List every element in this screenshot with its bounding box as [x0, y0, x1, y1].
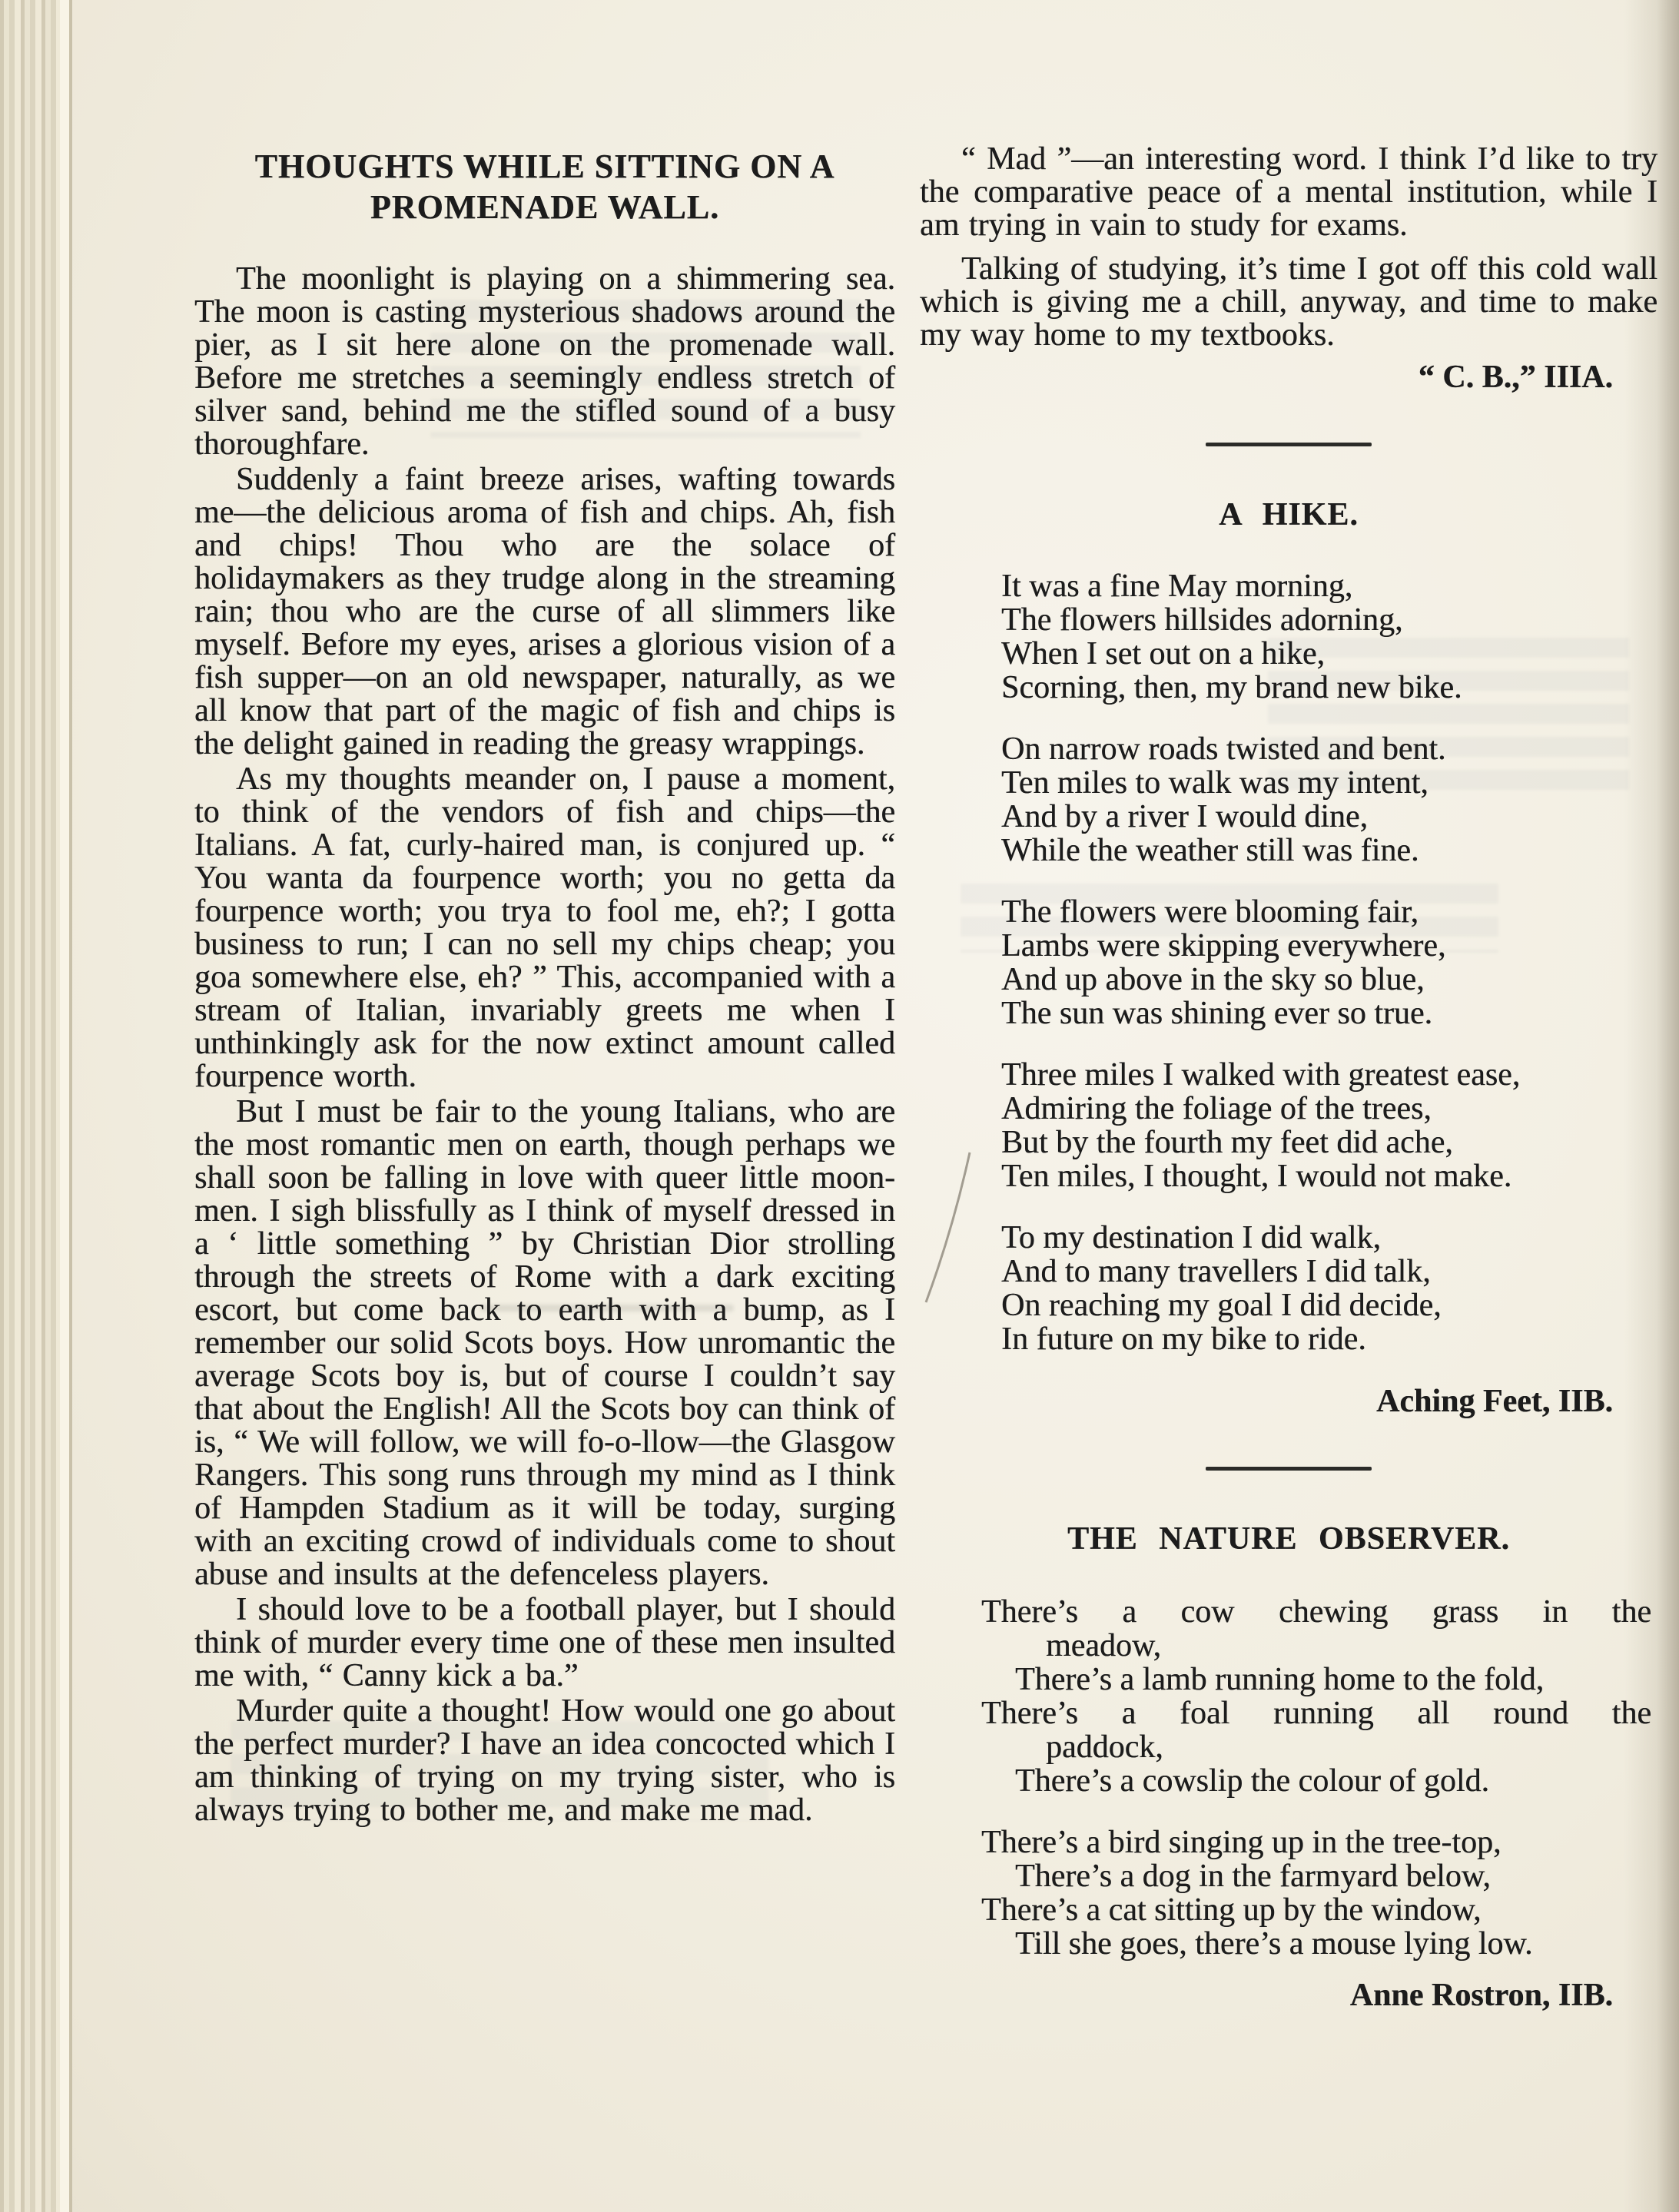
poem-line: There’s a cow chewing grass in the [920, 1595, 1657, 1629]
poem-line: On narrow roads twisted and bent. [1001, 732, 1657, 766]
byline: Anne Rostron, IIB. [920, 1978, 1657, 2013]
paragraph: Murder quite a thought! How would one go… [194, 1695, 895, 1827]
poem-a-hike: It was a fine May morning, The flowers h… [920, 569, 1657, 1356]
section-divider [1206, 1467, 1372, 1471]
article-title-line1: THOUGHTS WHILE SITTING ON A [255, 148, 835, 185]
paragraph: The moonlight is playing on a shimmering… [194, 263, 895, 461]
book-spine-page-edges [0, 0, 60, 2212]
poem-line: Lambs were skipping everywhere, [1001, 929, 1657, 963]
poem-line: And up above in the sky so blue, [1001, 963, 1657, 997]
byline: “ C. B.,” IIIA. [920, 360, 1657, 395]
stanza-gap [920, 1798, 1657, 1826]
poem-line: To my destination I did walk, [1001, 1221, 1657, 1255]
page-edge-highlight [60, 0, 69, 2212]
poem-line: Till she goes, there’s a mouse lying low… [920, 1927, 1657, 1961]
poem-line: Scorning, then, my brand new bike. [1001, 671, 1657, 705]
poem-line: On reaching my goal I did decide, [1001, 1288, 1657, 1322]
paragraph: As my thoughts meander on, I pause a mom… [194, 763, 895, 1093]
poem-line: When I set out on a hike, [1001, 637, 1657, 671]
poem-stanza: The flowers were blooming fair, Lambs we… [1001, 895, 1657, 1030]
page-edge-shadow-line [69, 0, 72, 2212]
poem-stanza: Three miles I walked with greatest ease,… [1001, 1058, 1657, 1193]
poem-line: But by the fourth my feet did ache, [1001, 1126, 1657, 1159]
poem-line: There’s a foal running all round the [920, 1696, 1657, 1730]
poem-line: And by a river I would dine, [1001, 800, 1657, 834]
poem-line: Ten miles to walk was my intent, [1001, 766, 1657, 800]
poem-nature-observer: There’s a cow chewing grass in the meado… [920, 1595, 1657, 1961]
section-divider [1206, 443, 1372, 446]
poem-stanza: On narrow roads twisted and bent. Ten mi… [1001, 732, 1657, 867]
poem-line: paddock, [920, 1730, 1657, 1764]
paragraph: I should love to be a football player, b… [194, 1594, 895, 1693]
poem-line: In future on my bike to ride. [1001, 1322, 1657, 1356]
paragraph: Suddenly a faint breeze arises, wafting … [194, 463, 895, 761]
article-title: THOUGHTS WHILE SITTING ON APROMENADE WAL… [194, 146, 895, 227]
poem-line: Three miles I walked with greatest ease, [1001, 1058, 1657, 1092]
poem-stanza: It was a fine May morning, The flowers h… [1001, 569, 1657, 705]
poem-line: There’s a bird singing up in the tree-to… [920, 1826, 1657, 1859]
left-column: THOUGHTS WHILE SITTING ON APROMENADE WAL… [194, 146, 895, 1829]
poem-line: There’s a cowslip the colour of gold. [920, 1764, 1657, 1798]
poem-stanza: To my destination I did walk, And to man… [1001, 1221, 1657, 1356]
poem-line: The sun was shining ever so true. [1001, 997, 1657, 1030]
article-title-line2: PROMENADE WALL. [370, 188, 719, 226]
paragraph: “ Mad ”—an interesting word. I think I’d… [920, 143, 1657, 242]
magazine-page: THOUGHTS WHILE SITTING ON APROMENADE WAL… [0, 0, 1679, 2212]
poem-heading-nature-observer: THE NATURE OBSERVER. [920, 1521, 1657, 1557]
poem-line: And to many travellers I did talk, [1001, 1255, 1657, 1288]
poem-heading-a-hike: A HIKE. [920, 497, 1657, 532]
right-column: “ Mad ”—an interesting word. I think I’d… [920, 143, 1657, 2013]
paragraph: But I must be fair to the young Italians… [194, 1096, 895, 1591]
poem-line: There’s a cat sitting up by the window, [920, 1893, 1657, 1927]
poem-line: There’s a lamb running home to the fold, [920, 1663, 1657, 1696]
poem-line: It was a fine May morning, [1001, 569, 1657, 603]
byline: Aching Feet, IIB. [920, 1384, 1657, 1419]
poem-line: There’s a dog in the farmyard below, [920, 1859, 1657, 1893]
poem-line: The flowers were blooming fair, [1001, 895, 1657, 929]
poem-line: While the weather still was fine. [1001, 834, 1657, 867]
poem-line: Admiring the foliage of the trees, [1001, 1092, 1657, 1126]
poem-line: Ten miles, I thought, I would not make. [1001, 1159, 1657, 1193]
poem-line: meadow, [920, 1629, 1657, 1663]
paragraph: Talking of studying, it’s time I got off… [920, 253, 1657, 352]
poem-line: The flowers hillsides adorning, [1001, 603, 1657, 637]
